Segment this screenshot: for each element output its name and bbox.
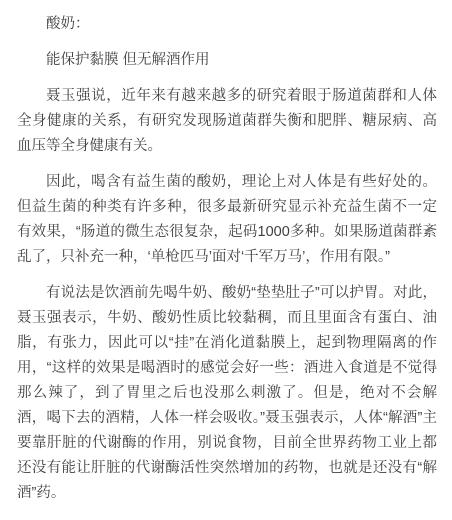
article-paragraph-3: 有说法是饮酒前先喝牛奶、酸奶“垫垫肚子”可以护胃。对此，聂玉强表示，牛奶、酸奶性…: [17, 281, 437, 506]
section-label: 酸奶：: [17, 12, 437, 37]
article-paragraph-2: 因此，喝含有益生菌的酸奶，理论上对人体是有些好处的。但益生菌的种类有许多种，很多…: [17, 170, 437, 270]
article-paragraph-1: 聂玉强说，近年来有越来越多的研究着眼于肠道菌群和人体全身健康的关系，有研究发现肠…: [17, 84, 437, 159]
article-headline: 能保护黏膜 但无解酒作用: [17, 48, 437, 73]
article-body: 酸奶： 能保护黏膜 但无解酒作用 聂玉强说，近年来有越来越多的研究着眼于肠道菌群…: [17, 12, 437, 506]
article-page: 酸奶： 能保护黏膜 但无解酒作用 聂玉强说，近年来有越来越多的研究着眼于肠道菌群…: [0, 0, 452, 520]
